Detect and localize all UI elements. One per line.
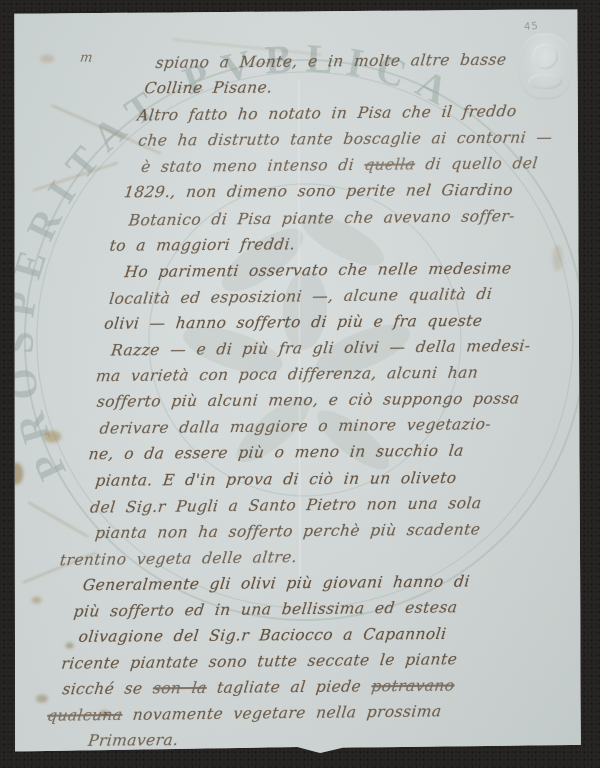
handwriting-text: Colline Pisane. bbox=[144, 79, 274, 98]
handwriting-text: Botanico di Pisa piante che avevano soff… bbox=[128, 207, 516, 229]
handwriting-text: to a maggiori freddi. bbox=[109, 235, 297, 254]
handwriting-text: ricente piantate sono tutte seccate le p… bbox=[60, 650, 458, 672]
handwriting-text: derivare dalla maggiore o minore vegetaz… bbox=[99, 415, 492, 437]
handwriting-text: pianta non ha sofferto perchè più scaden… bbox=[94, 520, 481, 542]
handwriting-text: tagliate al piede bbox=[206, 678, 373, 698]
handwriting-text: olivi — hanno sofferto di più e fra ques… bbox=[103, 312, 483, 333]
handwriting-text: del Sig.r Pugli a Santo Pietro non una s… bbox=[89, 494, 482, 516]
handwritten-line: 1829., non dimeno sono perite nel Giardi… bbox=[123, 177, 600, 206]
handwriting-text: Altro fatto ho notato in Pisa che il fre… bbox=[136, 102, 517, 124]
handwriting-text: di quello del bbox=[414, 155, 539, 174]
foxing-stain bbox=[40, 55, 54, 63]
margin-note: m bbox=[79, 51, 93, 66]
handwriting-text: Generalmente gli olivi più giovani hanno… bbox=[82, 572, 471, 594]
handwriting-text: Razze — e di più fra gli olivi — della m… bbox=[110, 337, 531, 360]
handwriting-text: novamente vegetare nella prossima bbox=[121, 703, 442, 725]
ink-showthrough bbox=[32, 162, 118, 192]
handwriting-text: Ho parimenti osservato che nelle medesim… bbox=[124, 259, 513, 281]
handwriting-text: sicché se bbox=[61, 680, 154, 699]
handwriting-block: spiano a Monte, e in molte altre basseCo… bbox=[57, 47, 600, 753]
handwritten-line: spiano a Monte, e in molte altre basse bbox=[154, 46, 600, 76]
handwriting-text: è stato meno intenso di bbox=[140, 156, 365, 176]
handwriting-text: Primavera. bbox=[87, 731, 179, 750]
struck-through-word: quella bbox=[363, 156, 416, 174]
page-number-mark: 45 bbox=[524, 21, 539, 33]
handwritten-line: Botanico di Pisa piante che avevano soff… bbox=[127, 202, 596, 233]
foxing-stain bbox=[32, 597, 42, 604]
foxing-stain bbox=[9, 463, 23, 485]
handwriting-text: trentino vegeta delle altre. bbox=[59, 548, 298, 569]
handwriting-text: sofferto più alcuni meno, e ciò suppongo… bbox=[96, 390, 521, 411]
handwriting-text: spiano a Monte, e in molte altre basse bbox=[155, 51, 508, 72]
struck-through-word: potravano bbox=[370, 677, 455, 696]
handwriting-text: olivagione del Sig.r Baciocco a Capannol… bbox=[78, 625, 448, 646]
struck-through-word: qualcuna bbox=[46, 706, 123, 725]
handwriting-text: 1829., non dimeno sono perite nel Giardi… bbox=[123, 181, 514, 201]
handwritten-line: pianta. E d'in prova di ciò in un olivet… bbox=[94, 464, 565, 494]
handwritten-line: ne, o da essere più o meno in succhio la bbox=[87, 437, 568, 468]
handwritten-line: Primavera. bbox=[87, 725, 534, 755]
foxing-stain bbox=[36, 695, 48, 703]
handwriting-text: ma varietà con poca differenza, alcuni h… bbox=[95, 364, 479, 386]
struck-through-word: son la bbox=[152, 679, 208, 698]
manuscript-paper: PROSPERITAT PVBLICA 45 m spiano a Monte,… bbox=[12, 9, 581, 753]
foxing-stain bbox=[43, 431, 61, 443]
handwritten-line: to a maggiori freddi. bbox=[108, 229, 593, 259]
scanned-manuscript-page: { "scan": { "background_color": "#242220… bbox=[0, 0, 600, 768]
handwriting-text: pianta. E d'in prova di ciò in un olivet… bbox=[94, 468, 457, 489]
handwriting-text: località ed esposizioni —, alcune qualit… bbox=[108, 285, 493, 308]
handwriting-text: più sofferto ed in una bellissima ed est… bbox=[73, 598, 459, 620]
handwriting-text: ne, o da essere più o meno in succhio la bbox=[88, 442, 465, 464]
ink-showthrough bbox=[28, 501, 90, 538]
handwriting-text: che ha distrutto tante boscaglie ai cont… bbox=[137, 129, 553, 150]
